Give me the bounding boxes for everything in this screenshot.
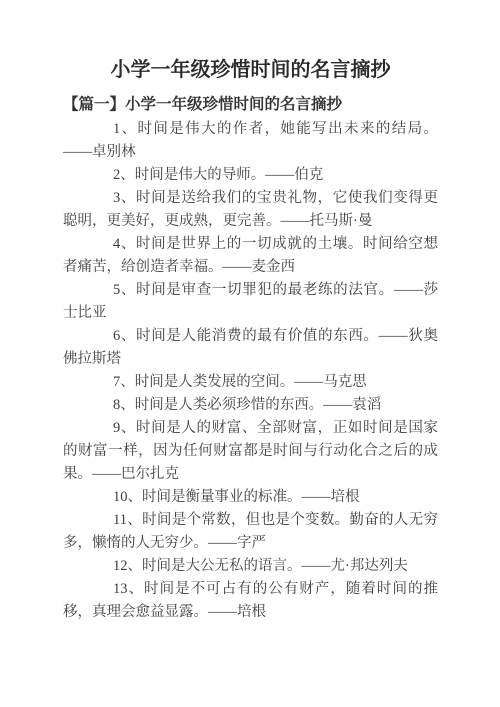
quote-paragraph: 12、时间是大公无私的语言。——尤·邦达列夫 [63,555,438,578]
quote-paragraph: 11、时间是个常数，但也是个变数。勤奋的人无穷多，懒惰的人无穷少。——字严 [63,509,438,555]
quote-paragraph: 2、时间是伟大的导师。——伯克 [63,164,438,187]
section-heading: 【篇一】小学一年级珍惜时间的名言摘抄 [63,93,438,116]
quote-paragraph: 5、时间是审查一切罪犯的最老练的法官。——莎士比亚 [63,279,438,325]
quote-paragraph: 7、时间是人类发展的空间。——马克思 [63,371,438,394]
quote-paragraph: 3、时间是送给我们的宝贵礼物，它使我们变得更聪明，更美好，更成熟，更完善。——托… [63,187,438,233]
quote-paragraph: 1、时间是伟大的作者，她能写出未来的结局。——卓别林 [63,118,438,164]
quote-paragraph: 4、时间是世界上的一切成就的土壤。时间给空想者痛苦，给创造者幸福。——麦金西 [63,233,438,279]
quote-paragraph: 10、时间是衡量事业的标准。——培根 [63,486,438,509]
quote-paragraph: 6、时间是人能消费的最有价值的东西。——狄奥佛拉斯塔 [63,325,438,371]
quote-paragraph: 13、时间是不可占有的公有财产，随着时间的推移，真理会愈益显露。——培根 [63,578,438,624]
quote-paragraph: 8、时间是人类必须珍惜的东西。——袁滔 [63,394,438,417]
document-page: 小学一年级珍惜时间的名言摘抄 【篇一】小学一年级珍惜时间的名言摘抄 1、时间是伟… [0,0,500,707]
document-title: 小学一年级珍惜时间的名言摘抄 [63,57,438,84]
quote-paragraph: 9、时间是人的财富、全部财富，正如时间是国家的财富一样，因为任何财富都是时间与行… [63,417,438,486]
